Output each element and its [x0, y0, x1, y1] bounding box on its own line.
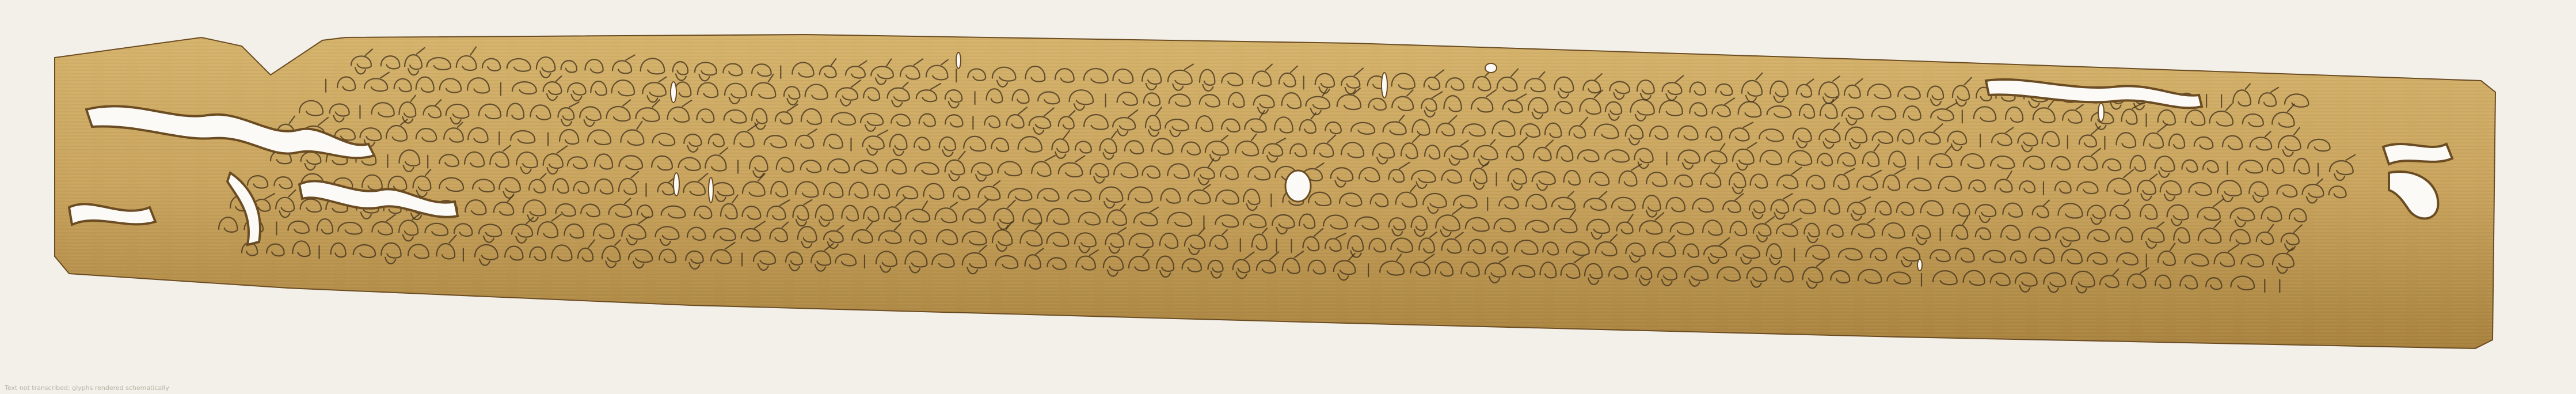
- damage-hole: [2383, 144, 2452, 164]
- worm-hole: [674, 173, 679, 196]
- worm-hole: [709, 177, 713, 203]
- manuscript-photo: [0, 0, 2576, 394]
- worm-hole: [956, 52, 961, 69]
- worm-hole: [1485, 63, 1497, 73]
- worm-hole: [1382, 73, 1387, 98]
- worm-hole: [2098, 103, 2104, 122]
- string-hole: [1285, 171, 1311, 202]
- worm-hole: [1917, 259, 1922, 271]
- transcription-note: Text not transcribed; glyphs rendered sc…: [5, 384, 169, 392]
- worm-hole: [671, 82, 676, 103]
